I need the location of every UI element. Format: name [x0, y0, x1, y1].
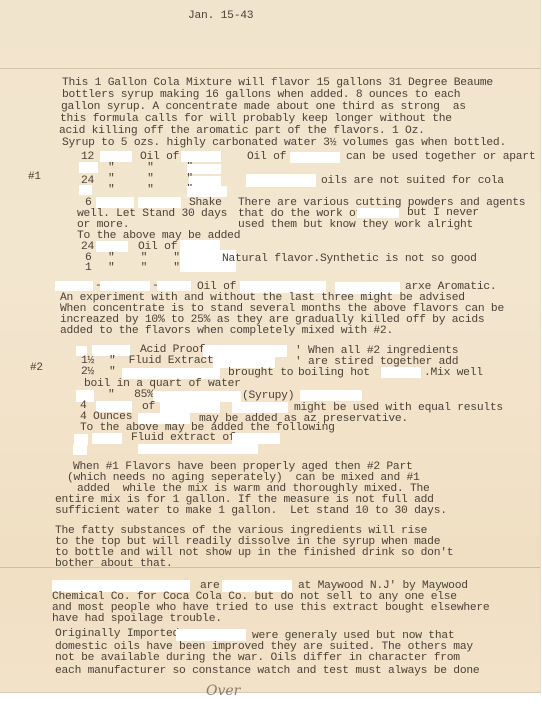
note-text: can be used together or apart	[346, 151, 535, 163]
paragraph-line: bother about that.	[55, 558, 173, 570]
paragraph-line: sufficient water to make 1 gallon. Let s…	[55, 505, 447, 517]
paragraph-line: not be available during the war. Oils di…	[55, 652, 460, 664]
ingredient-text: (Syrupy)	[242, 390, 294, 402]
redaction	[138, 197, 181, 208]
redaction	[232, 402, 288, 413]
side-note: but I never	[407, 207, 479, 219]
paragraph-line: each manufacturer so constance watch and…	[55, 665, 479, 677]
note-text: Oil of	[247, 151, 286, 163]
redaction	[232, 433, 280, 444]
redaction	[381, 367, 421, 378]
redaction	[138, 444, 258, 454]
redaction	[100, 151, 132, 162]
ingredient-text: Fluid extract of	[131, 432, 235, 444]
redaction	[55, 281, 93, 291]
paragraph-text: Originally Imported	[55, 628, 179, 640]
handwritten-over-note: Over	[206, 683, 240, 699]
quantity: 1	[85, 262, 92, 274]
ditto-marks: " " "	[108, 184, 193, 196]
redaction	[187, 186, 227, 197]
typed-letter-page: Jan. 15-43 This 1 Gallon Cola Mixture wi…	[0, 0, 541, 693]
intro-line: acid killing off the aromatic part of th…	[59, 125, 425, 137]
intro-line: bottlers syrup making 16 gallons when ad…	[62, 89, 460, 101]
redaction	[246, 174, 316, 187]
quantity: 2½	[81, 366, 94, 378]
redaction	[203, 345, 287, 357]
ingredient-text: " Fluid Extract	[109, 355, 213, 367]
redaction	[290, 152, 340, 163]
redaction	[153, 391, 241, 402]
paragraph-line: added to the flavors when completely mix…	[60, 325, 393, 337]
ingredient-text: of	[142, 401, 155, 413]
redaction	[100, 281, 150, 291]
side-note: .Mix well	[424, 367, 483, 379]
redaction	[357, 208, 399, 218]
redaction	[300, 390, 362, 401]
redaction	[79, 185, 92, 195]
note-text: oils are not suited for cola	[321, 175, 504, 187]
intro-line: this formula calls for will probably kee…	[60, 113, 452, 125]
ditto-marks: " " "	[108, 262, 180, 274]
redaction	[160, 402, 220, 413]
paragraph-line: have had spoilage trouble.	[52, 613, 222, 625]
redaction	[96, 197, 134, 208]
redaction	[74, 434, 88, 445]
redaction	[157, 281, 191, 291]
ingredient-text: " 85%	[108, 389, 154, 401]
side-note: boiling hot	[298, 367, 370, 379]
section-marker: #1	[28, 171, 41, 183]
paper-fold-line	[0, 68, 540, 69]
redaction	[79, 162, 98, 173]
redaction	[96, 241, 128, 252]
section-marker: #2	[30, 362, 43, 374]
redaction	[181, 151, 221, 162]
redaction	[189, 176, 221, 186]
side-note: used them but know they work alright	[238, 219, 473, 231]
redaction	[176, 629, 246, 641]
note-text: Natural flavor.Synthetic is not so good	[222, 253, 477, 265]
document-date: Jan. 15-43	[188, 10, 253, 22]
redaction	[92, 433, 122, 444]
intro-line: Syrup to 5 ozs. highly carbonated water …	[62, 137, 506, 149]
redaction	[73, 445, 87, 455]
intro-line: This 1 Gallon Cola Mixture will flavor 1…	[62, 77, 493, 89]
ditto-marks: "	[109, 366, 116, 378]
intro-line: gallon syrup. A concentrate made about o…	[61, 101, 466, 113]
